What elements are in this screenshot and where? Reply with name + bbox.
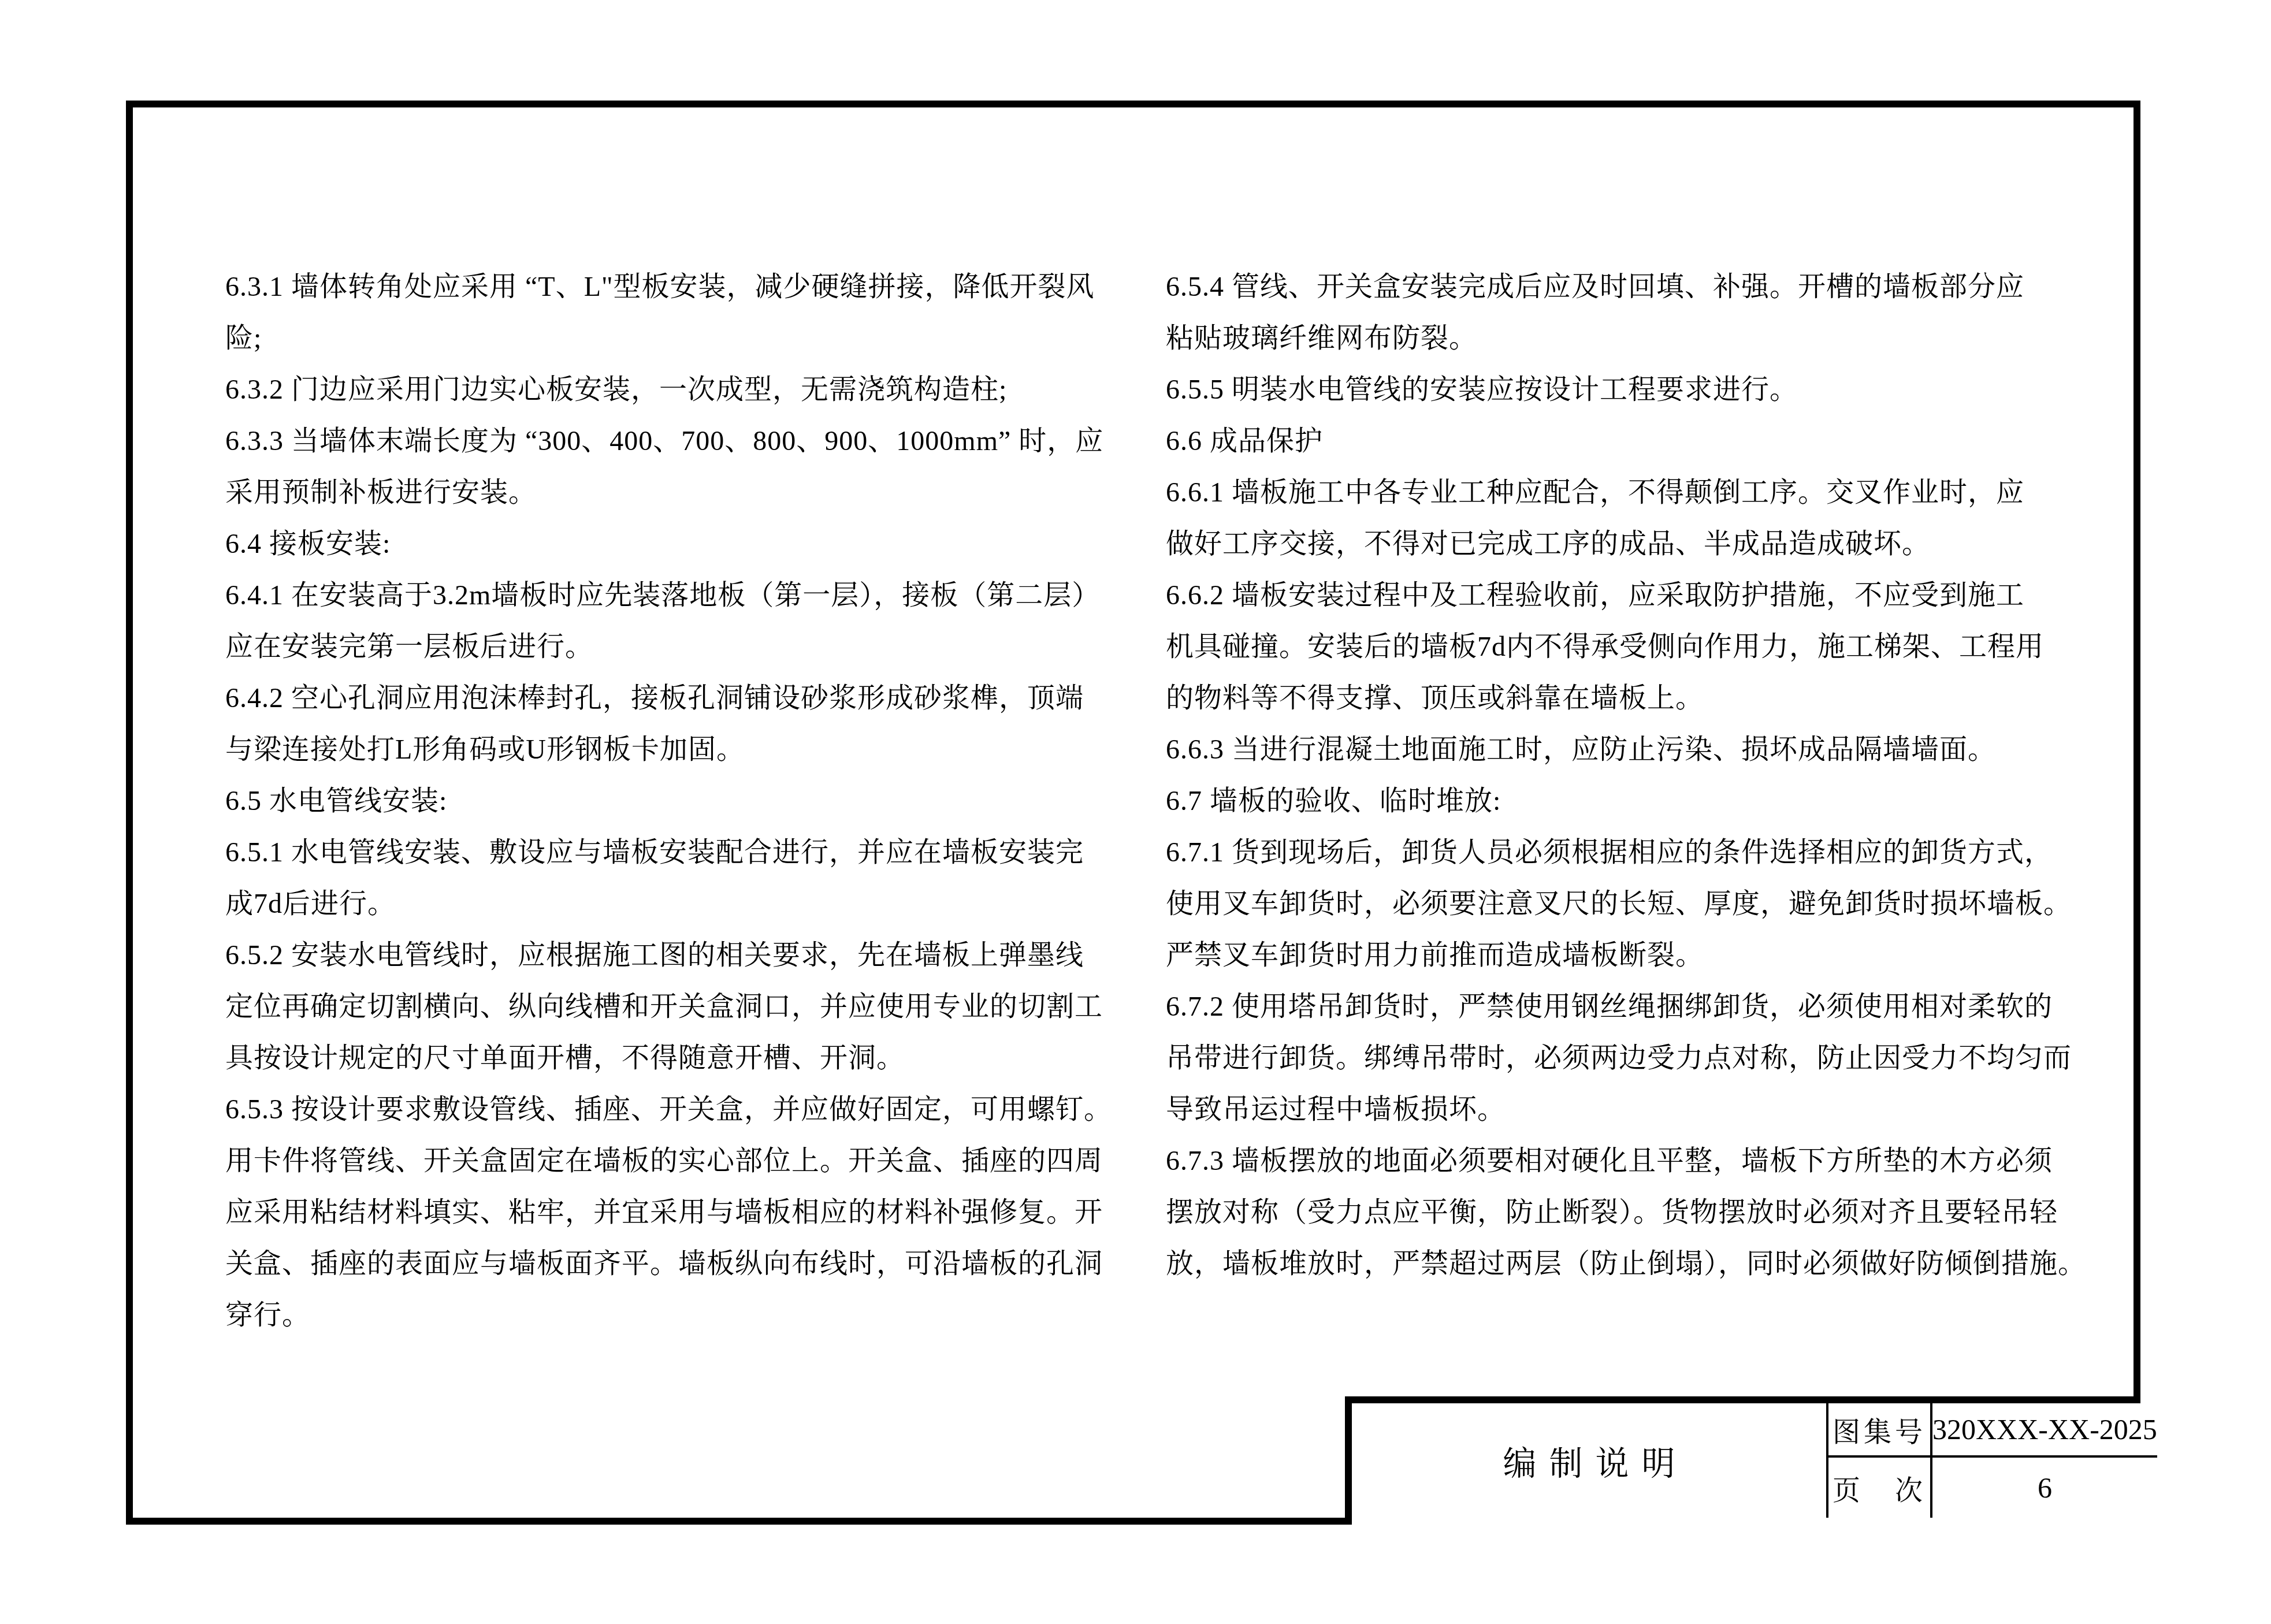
text-line: 6.3.1 墙体转角处应采用 “T、L"型板安装，减少硬缝拼接，降低开裂风 bbox=[225, 261, 1098, 313]
text-line: 使用叉车卸货时，必须要注意叉尺的长短、厚度，避免卸货时损坏墙板。 bbox=[1166, 878, 2067, 930]
text-line: 6.5.3 按设计要求敷设管线、插座、开关盒，并应做好固定，可用螺钉。 bbox=[225, 1084, 1098, 1135]
text-line: 6.7.2 使用塔吊卸货时，严禁使用钢丝绳捆绑卸货，必须使用相对柔软的 bbox=[1166, 981, 2067, 1032]
page-number-label: 页 次 bbox=[1828, 1458, 1932, 1518]
text-line: 应采用粘结材料填实、粘牢，并宜采用与墙板相应的材料补强修复。开 bbox=[225, 1187, 1098, 1238]
text-line: 摆放对称（受力点应平衡，防止断裂）。货物摆放时必须对齐且要轻吊轻 bbox=[1166, 1187, 2067, 1238]
text-line: 放，墙板堆放时，严禁超过两层（防止倒塌），同时必须做好防倾倒措施。 bbox=[1166, 1238, 2067, 1289]
text-line: 定位再确定切割横向、纵向线槽和开关盒洞口，并应使用专业的切割工 bbox=[225, 981, 1098, 1032]
text-line: 采用预制补板进行安装。 bbox=[225, 467, 1098, 518]
text-line: 险; bbox=[225, 313, 1098, 364]
text-line: 穿行。 bbox=[225, 1289, 1098, 1341]
text-line: 的物料等不得支撑、顶压或斜靠在墙板上。 bbox=[1166, 672, 2067, 724]
title-block: 编制说明 图集号 320XXX-XX-2025 页 次 6 bbox=[1345, 1396, 2140, 1525]
page-number-value: 6 bbox=[1932, 1458, 2157, 1518]
text-line: 6.4.1 在安装高于3.2m墙板时应先装落地板（第一层），接板（第二层） bbox=[225, 570, 1098, 621]
document-page: 6.3.1 墙体转角处应采用 “T、L"型板安装，减少硬缝拼接，降低开裂风险;6… bbox=[0, 0, 2271, 1624]
title-block-title: 编制说明 bbox=[1352, 1403, 1826, 1518]
text-line: 用卡件将管线、开关盒固定在墙板的实心部位上。开关盒、插座的四周 bbox=[225, 1135, 1098, 1187]
text-line: 6.7.1 货到现场后，卸货人员必须根据相应的条件选择相应的卸货方式， bbox=[1166, 827, 2067, 878]
text-line: 6.7 墙板的验收、临时堆放: bbox=[1166, 775, 2067, 827]
text-line: 6.7.3 墙板摆放的地面必须要相对硬化且平整，墙板下方所垫的木方必须 bbox=[1166, 1135, 2067, 1187]
text-line: 6.3.2 门边应采用门边实心板安装，一次成型，无需浇筑构造柱; bbox=[225, 364, 1098, 415]
text-column-left: 6.3.1 墙体转角处应采用 “T、L"型板安装，减少硬缝拼接，降低开裂风险;6… bbox=[225, 261, 1098, 1341]
text-line: 应在安装完第一层板后进行。 bbox=[225, 621, 1098, 672]
text-line: 6.5.5 明装水电管线的安装应按设计工程要求进行。 bbox=[1166, 364, 2067, 415]
text-line: 6.5.2 安装水电管线时，应根据施工图的相关要求，先在墙板上弹墨线 bbox=[225, 930, 1098, 981]
text-line: 粘贴玻璃纤维网布防裂。 bbox=[1166, 313, 2067, 364]
atlas-number-label: 图集号 bbox=[1828, 1403, 1932, 1458]
text-line: 6.5.1 水电管线安装、敷设应与墙板安装配合进行，并应在墙板安装完 bbox=[225, 827, 1098, 878]
text-line: 严禁叉车卸货时用力前推而造成墙板断裂。 bbox=[1166, 930, 2067, 981]
text-line: 6.6.3 当进行混凝土地面施工时，应防止污染、损坏成品隔墙墙面。 bbox=[1166, 724, 2067, 775]
text-line: 6.5.4 管线、开关盒安装完成后应及时回填、补强。开槽的墙板部分应 bbox=[1166, 261, 2067, 313]
text-line: 成7d后进行。 bbox=[225, 878, 1098, 930]
atlas-number-value: 320XXX-XX-2025 bbox=[1932, 1403, 2157, 1458]
text-line: 关盒、插座的表面应与墙板面齐平。墙板纵向布线时，可沿墙板的孔洞 bbox=[225, 1238, 1098, 1289]
text-line: 6.3.3 当墙体末端长度为 “300、400、700、800、900、1000… bbox=[225, 415, 1098, 467]
text-line: 与梁连接处打L形角码或U形钢板卡加固。 bbox=[225, 724, 1098, 775]
text-line: 6.5 水电管线安装: bbox=[225, 775, 1098, 827]
text-line: 6.6 成品保护 bbox=[1166, 415, 2067, 467]
text-line: 导致吊运过程中墙板损坏。 bbox=[1166, 1084, 2067, 1135]
text-line: 做好工序交接，不得对已完成工序的成品、半成品造成破坏。 bbox=[1166, 518, 2067, 570]
title-block-table: 图集号 320XXX-XX-2025 页 次 6 bbox=[1826, 1403, 2134, 1518]
text-column-right: 6.5.4 管线、开关盒安装完成后应及时回填、补强。开槽的墙板部分应粘贴玻璃纤维… bbox=[1166, 261, 2067, 1289]
text-line: 具按设计规定的尺寸单面开槽，不得随意开槽、开洞。 bbox=[225, 1032, 1098, 1084]
text-line: 6.6.2 墙板安装过程中及工程验收前，应采取防护措施，不应受到施工 bbox=[1166, 570, 2067, 621]
text-line: 6.4 接板安装: bbox=[225, 518, 1098, 570]
text-line: 6.4.2 空心孔洞应用泡沫棒封孔，接板孔洞铺设砂浆形成砂浆榫，顶端 bbox=[225, 672, 1098, 724]
text-line: 机具碰撞。安装后的墙板7d内不得承受侧向作用力，施工梯架、工程用 bbox=[1166, 621, 2067, 672]
text-line: 6.6.1 墙板施工中各专业工种应配合，不得颠倒工序。交叉作业时，应 bbox=[1166, 467, 2067, 518]
text-line: 吊带进行卸货。绑缚吊带时，必须两边受力点对称，防止因受力不均匀而 bbox=[1166, 1032, 2067, 1084]
